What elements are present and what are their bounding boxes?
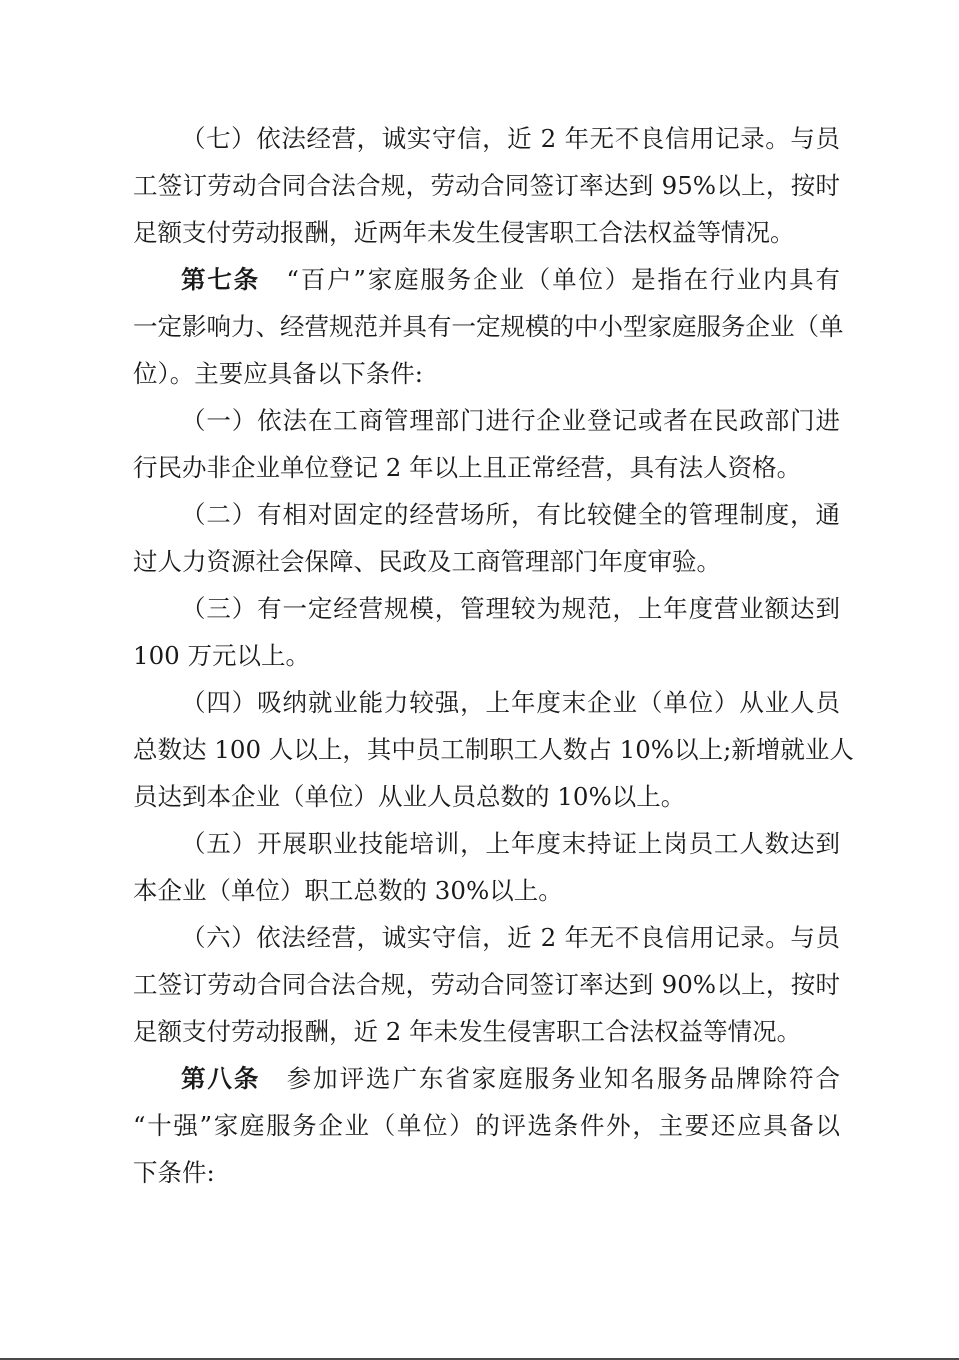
paragraph-line: 行民办非企业单位登记 2 年以上且正常经营，具有法人资格。 <box>133 451 840 485</box>
paragraph-line: 过人力资源社会保障、民政及工商管理部门年度审验。 <box>133 545 840 579</box>
paragraph-line: “十强”家庭服务企业（单位）的评选条件外，主要还应具备以 <box>133 1109 840 1143</box>
line-text: 参加评选广东省家庭服务业知名服务品牌除符合 <box>287 1064 840 1093</box>
spacer <box>260 1064 286 1093</box>
paragraph-line: （一）依法在工商管理部门进行企业登记或者在民政部门进 <box>181 404 840 438</box>
paragraph-line: （三）有一定经营规模，管理较为规范，上年度营业额达到 <box>181 592 840 626</box>
line-text: “百户”家庭服务企业（单位）是指在行业内具有 <box>286 265 840 294</box>
spacer <box>260 265 286 294</box>
article-number: 第八条 <box>181 1064 260 1093</box>
paragraph-line: （六）依法经营，诚实守信，近 2 年无不良信用记录。与员 <box>181 921 840 955</box>
paragraph-line: 工签订劳动合同合法合规，劳动合同签订率达到 95%以上，按时 <box>133 169 840 203</box>
paragraph-line: 足额支付劳动报酬，近 2 年未发生侵害职工合法权益等情况。 <box>133 1015 840 1049</box>
paragraph-line: （五）开展职业技能培训，上年度末持证上岗员工人数达到 <box>181 827 840 861</box>
paragraph-line: （四）吸纳就业能力较强，上年度末企业（单位）从业人员 <box>181 686 840 720</box>
paragraph-line: 位）。主要应具备以下条件: <box>133 357 840 391</box>
paragraph-line: 足额支付劳动报酬，近两年未发生侵害职工合法权益等情况。 <box>133 216 840 250</box>
article-heading-line: 第八条 参加评选广东省家庭服务业知名服务品牌除符合 <box>181 1062 840 1096</box>
paragraph-line: 下条件: <box>133 1156 840 1190</box>
paragraph-line: 员达到本企业（单位）从业人员总数的 10%以上。 <box>133 780 840 814</box>
paragraph-line: 一定影响力、经营规范并具有一定规模的中小型家庭服务企业（单 <box>133 310 840 344</box>
paragraph-line: 100 万元以上。 <box>133 639 840 673</box>
paragraph-line: （二）有相对固定的经营场所，有比较健全的管理制度，通 <box>181 498 840 532</box>
paragraph-line: 本企业（单位）职工总数的 30%以上。 <box>133 874 840 908</box>
document-page: （七）依法经营，诚实守信，近 2 年无不良信用记录。与员工签订劳动合同合法合规，… <box>0 0 959 1360</box>
paragraph-line: 工签订劳动合同合法合规，劳动合同签订率达到 90%以上，按时 <box>133 968 840 1002</box>
article-heading-line: 第七条 “百户”家庭服务企业（单位）是指在行业内具有 <box>181 263 840 297</box>
article-number: 第七条 <box>181 265 260 294</box>
paragraph-line: 总数达 100 人以上，其中员工制职工人数占 10%以上;新增就业人 <box>133 733 840 767</box>
paragraph-line: （七）依法经营，诚实守信，近 2 年无不良信用记录。与员 <box>181 122 840 156</box>
